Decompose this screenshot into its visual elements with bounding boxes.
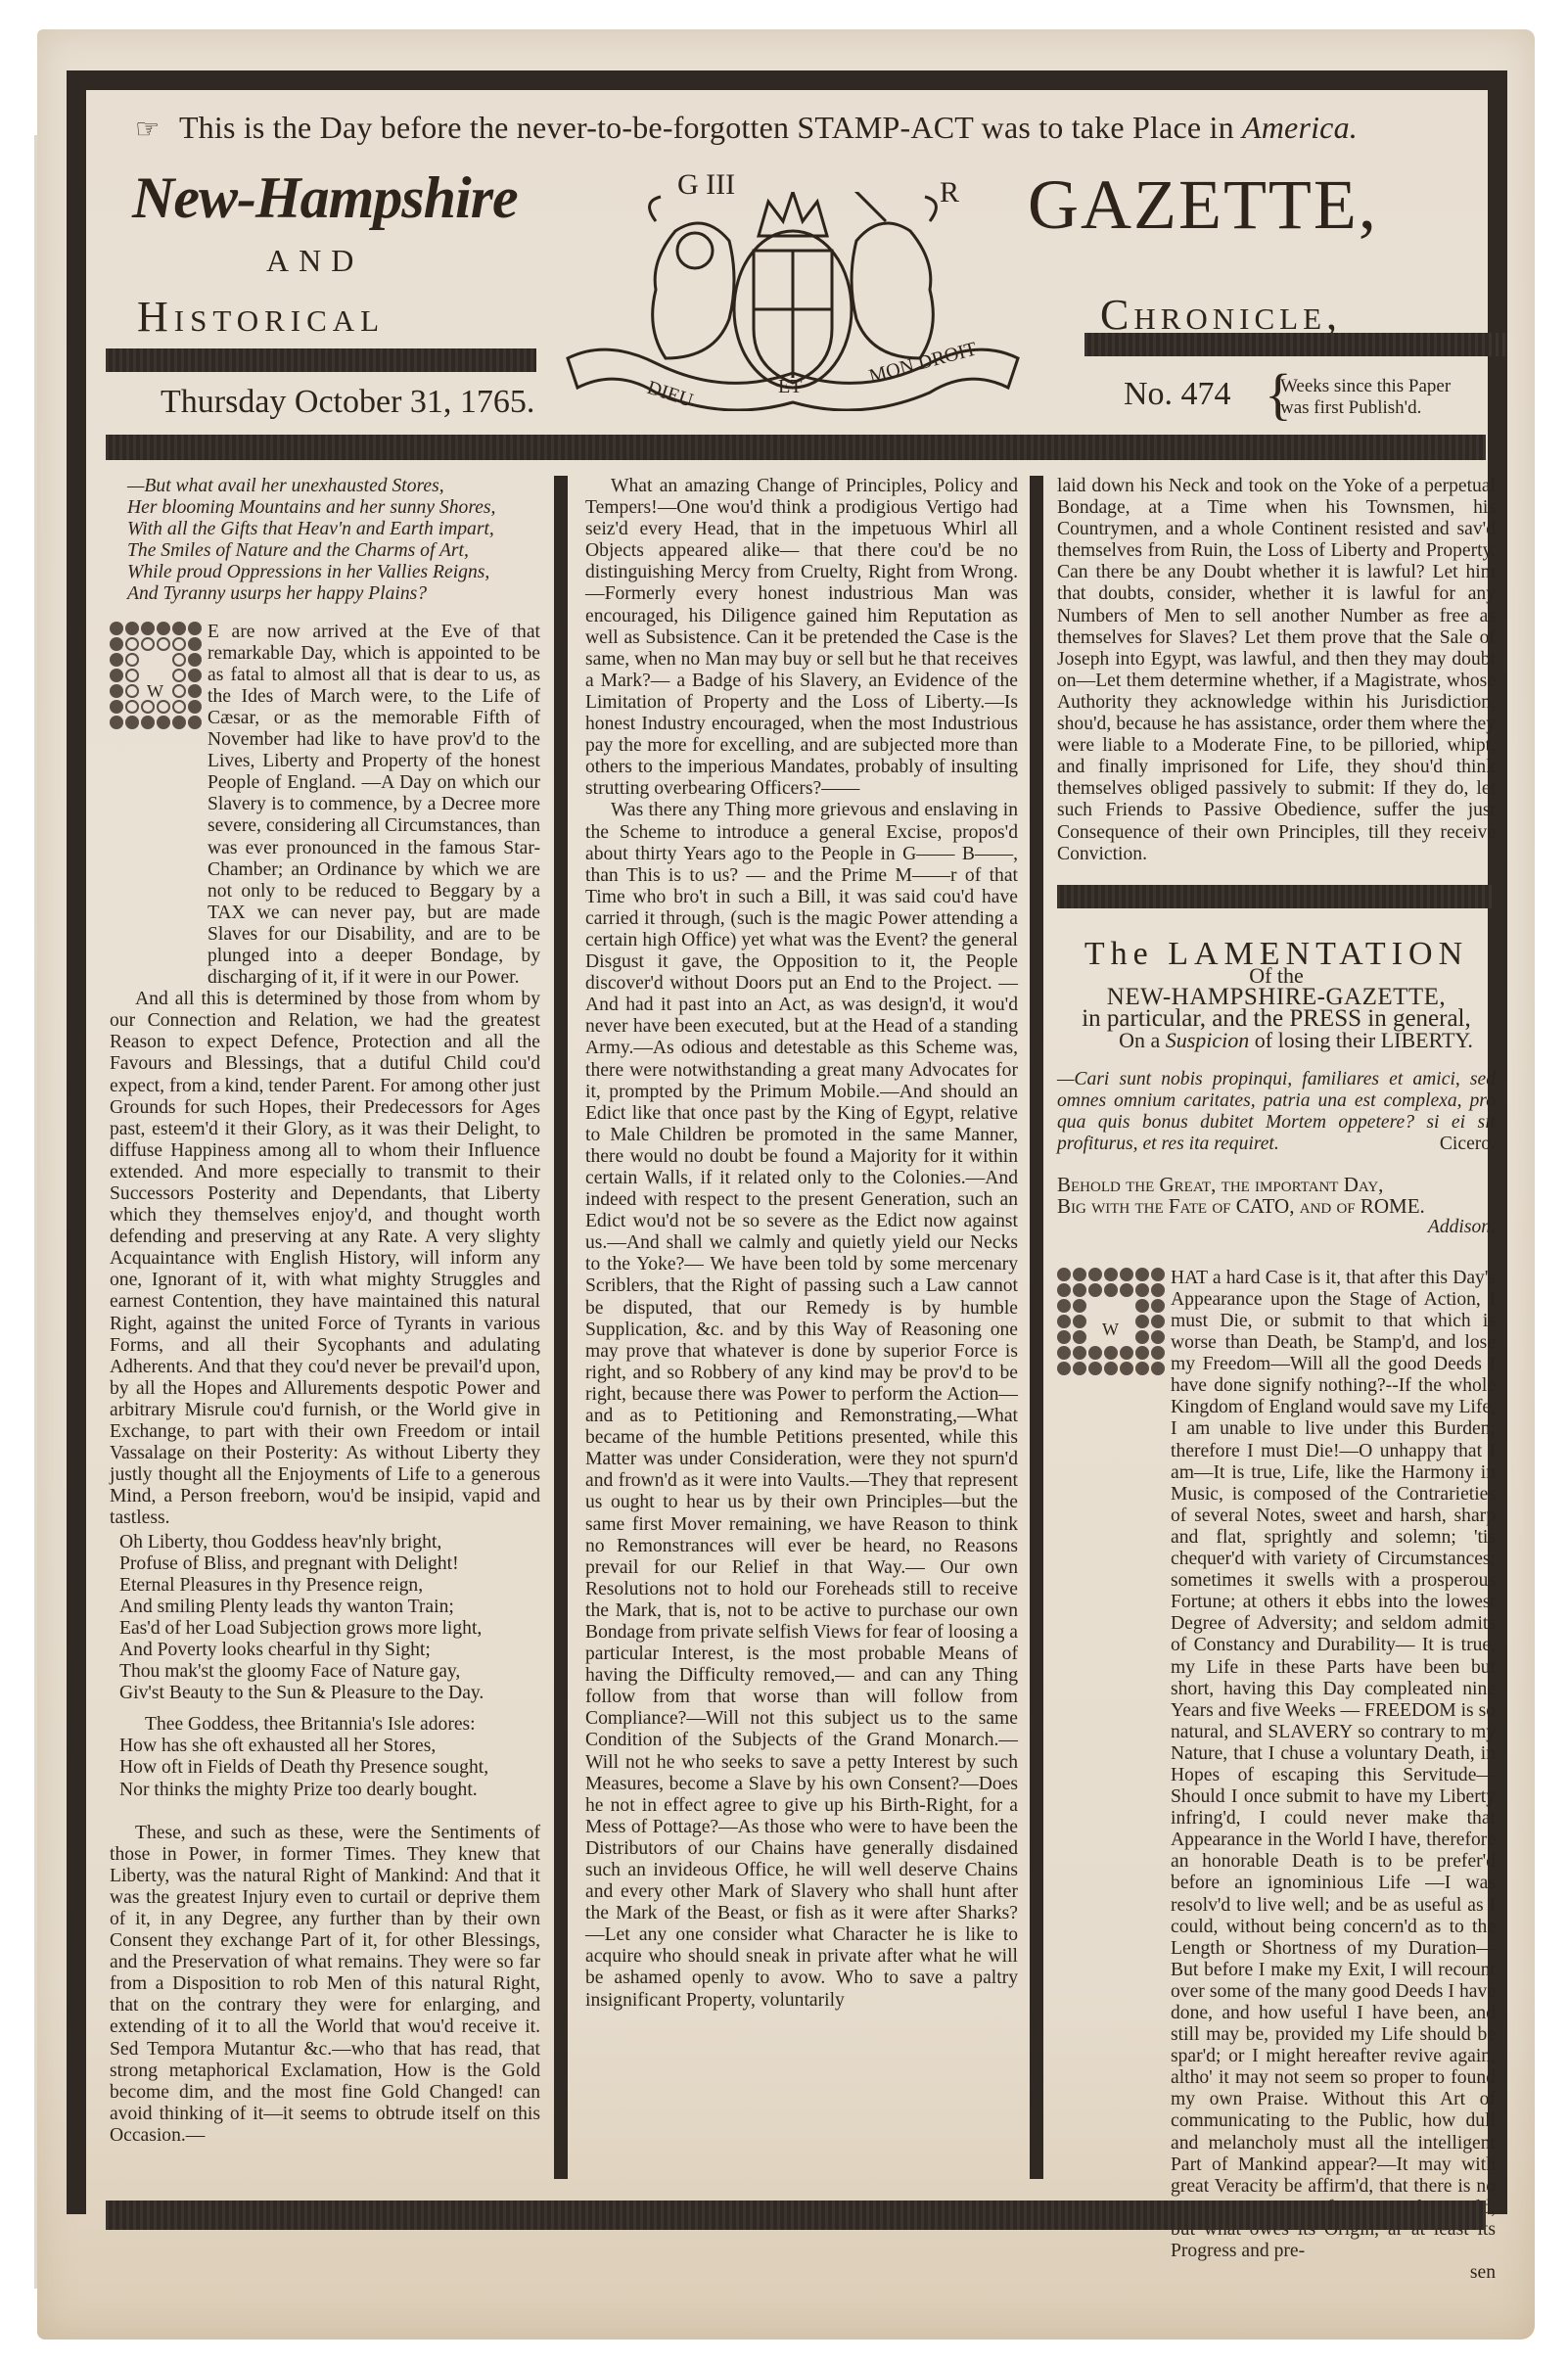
column-2: What an amazing Change of Principles, Po… (585, 476, 1018, 2012)
ornamental-initial-w: W (110, 622, 202, 990)
masthead-title-new-hampshire: New-Hampshire (132, 164, 518, 232)
masthead-rule-left (106, 348, 536, 372)
stamp-act-text: STAMP-ACT (797, 110, 973, 145)
masthead-title-gazette: GAZETTE, (1028, 164, 1378, 246)
issue-number: No. 474 (1124, 376, 1231, 413)
addison-attribution: Addison. (1057, 1217, 1496, 1238)
america-text: America. (1242, 110, 1358, 145)
column-1: —But what avail her unexhausted Stores, … (110, 476, 540, 2147)
section-rule (1057, 885, 1496, 908)
ornamental-initial-w-2: W (1057, 1268, 1165, 2262)
masthead-rule-right (1084, 333, 1505, 356)
pointing-hand-icon: ☞ (135, 113, 160, 146)
ornamental-dropcap-paragraph: W E are now arrived at the Eve of that r… (110, 622, 540, 990)
lamentation-heading: The LAMENTATION Of the NEW-HAMPSHIRE-GAZ… (1057, 944, 1496, 1051)
ornamental-dropcap-paragraph-2: W HAT a hard Case is it, that after this… (1057, 1268, 1496, 2262)
catchword: sen (1057, 2262, 1496, 2284)
cicero-quote: —Cari sunt nobis propinqui, familiares e… (1057, 1069, 1496, 1155)
paragraph-hard-case: HAT a hard Case is it, that after this D… (1171, 1268, 1496, 2262)
epigraph-verse: —But what avail her unexhausted Stores, … (110, 476, 540, 606)
column-divider-1 (554, 476, 568, 2179)
britannia-verse: Thee Goddess, thee Britannia's Isle ador… (110, 1714, 540, 1800)
page-bottom-rule (106, 2201, 1486, 2230)
paragraph-sentiments-former-times: These, and such as these, were the Senti… (110, 1823, 540, 2147)
issue-date: Thursday October 31, 1765. (161, 384, 534, 421)
masthead-title-historical: Historical (137, 292, 385, 342)
masthead-bottom-rule (106, 435, 1486, 460)
paragraph-yoke-of-bondage: laid down his Neck and took on the Yoke … (1057, 476, 1496, 865)
addison-quote: Behold the Great, the important Day, Big… (1057, 1174, 1496, 1217)
liberty-verse: Oh Liberty, thou Goddess heav'nly bright… (110, 1532, 540, 1705)
paragraph-general-excise: Was there any Thing more grievous and en… (585, 800, 1018, 2011)
masthead-title-and: AND (266, 243, 363, 279)
svg-text:ET: ET (778, 376, 802, 397)
paragraph-connection-relation: And all this is determined by those from… (110, 989, 540, 1529)
column-3: laid down his Neck and took on the Yoke … (1057, 476, 1496, 2284)
column-divider-2 (1030, 476, 1043, 2179)
issue-note: Weeks since this Paper was first Publish… (1280, 376, 1451, 419)
stamp-act-notice: ☞ This is the Day before the never-to-be… (135, 110, 1447, 146)
paragraph-eve-of-remarkable-day: E are now arrived at the Eve of that rem… (208, 622, 540, 990)
svg-text:DIEU: DIEU (644, 377, 696, 411)
royal-coat-of-arms-icon: DIEU ET MON DROIT (548, 192, 1038, 411)
paragraph-amazing-change: What an amazing Change of Principles, Po… (585, 476, 1018, 800)
cicero-attribution: Cicero. (1440, 1134, 1496, 1155)
